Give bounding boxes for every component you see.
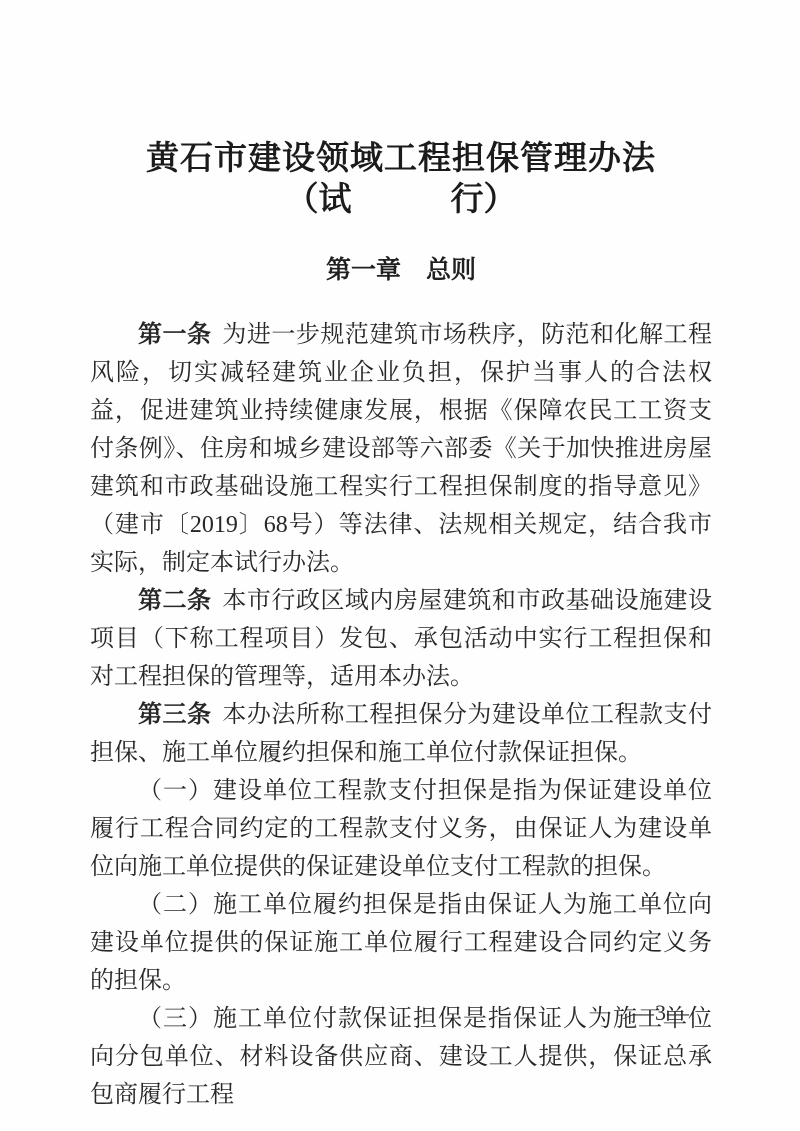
paragraph: 第三条本办法所称工程担保分为建设单位工程款支付担保、施工单位履约担保和施工单位付… — [90, 696, 712, 772]
paragraph-text: 为进一步规范建筑市场秩序，防范和化解工程风险，切实减轻建筑业企业负担，保护当事人… — [90, 322, 712, 576]
document-subtitle: （试 行） — [90, 180, 712, 218]
article-lead: 第三条 — [138, 702, 212, 728]
paragraph: （二）施工单位履约担保是指由保证人为施工单位向建设单位提供的保证施工单位履行工程… — [90, 886, 712, 1000]
article-lead: 第二条 — [138, 588, 212, 614]
document-body: 第一条为进一步规范建筑市场秩序，防范和化解工程风险，切实减轻建筑业企业负担，保护… — [90, 316, 712, 1114]
paragraph: （一）建设单位工程款支付担保是指为保证建设单位履行工程合同约定的工程款支付义务，… — [90, 772, 712, 886]
paragraph-text: （二）施工单位履约担保是指由保证人为施工单位向建设单位提供的保证施工单位履行工程… — [90, 892, 712, 994]
paragraph-text: （一）建设单位工程款支付担保是指为保证建设单位履行工程合同约定的工程款支付义务，… — [90, 778, 712, 880]
chapter-heading: 第一章 总则 — [90, 255, 712, 285]
document-content: 黄石市建设领域工程担保管理办法 （试 行） 第一章 总则 第一条为进一步规范建筑… — [0, 0, 800, 1114]
paragraph-text: （三）施工单位付款保证担保是指保证人为施工单位向分包单位、材料设备供应商、建设工… — [90, 1006, 712, 1108]
paragraph: 第一条为进一步规范建筑市场秩序，防范和化解工程风险，切实减轻建筑业企业负担，保护… — [90, 316, 712, 582]
page-number: —3— — [632, 1000, 690, 1026]
document-page: 黄石市建设领域工程担保管理办法 （试 行） 第一章 总则 第一条为进一步规范建筑… — [0, 0, 800, 1131]
article-lead: 第一条 — [138, 322, 212, 348]
document-title: 黄石市建设领域工程担保管理办法 — [90, 139, 712, 177]
paragraph: （三）施工单位付款保证担保是指保证人为施工单位向分包单位、材料设备供应商、建设工… — [90, 1000, 712, 1114]
paragraph: 第二条本市行政区域内房屋建筑和市政基础设施建设项目（下称工程项目）发包、承包活动… — [90, 582, 712, 696]
